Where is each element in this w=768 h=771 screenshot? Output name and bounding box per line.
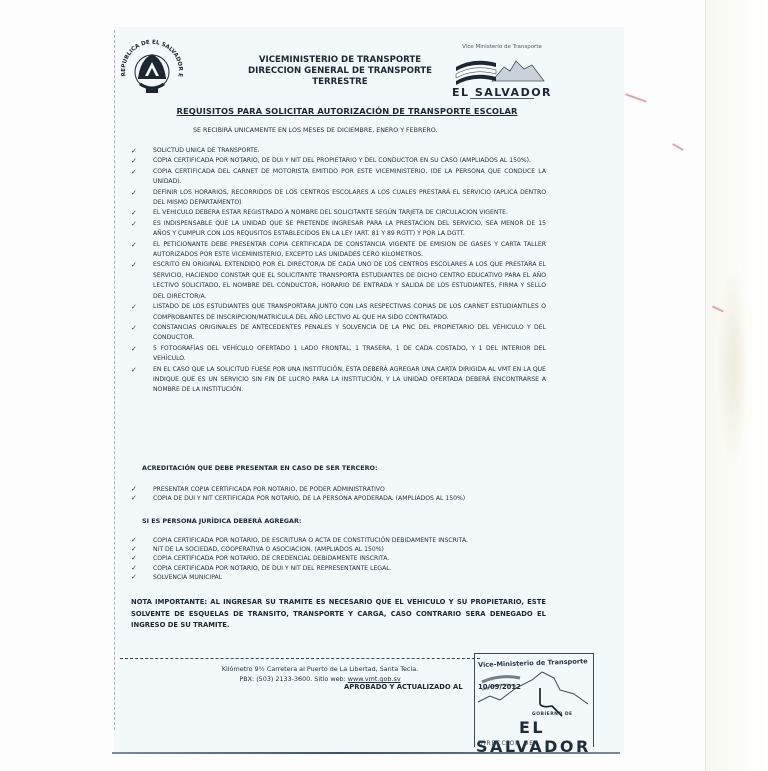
- check-icon: ✓: [131, 564, 137, 573]
- address-line: Kilómetro 9½ Carretera al Puerto de La L…: [170, 664, 470, 674]
- requirement-item: ✓COPIA DE DUI Y NIT CERTIFICADA POR NOTA…: [131, 494, 546, 503]
- third-party-heading: ACREDITACIÓN QUE DEBE PRESENTAR EN CASO …: [142, 464, 378, 472]
- coat-of-arms-icon: REPUBLICA DE EL SALVADOR EN LA AMERICA C…: [118, 34, 186, 106]
- requirement-item: ✓ES INDISPENSABLE QUE LA UNIDAD QUE SE P…: [131, 219, 546, 240]
- requirement-item: ✓ESCRITO EN ORIGINAL EXTENDIDO POR EL DI…: [131, 260, 546, 302]
- requirement-item: ✓COPIA CERTIFICADA DEL CARNET DE MOTORIS…: [131, 167, 546, 188]
- requirement-text: PRESENTAR COPIA CERTIFICADA POR NOTARIO,…: [153, 486, 385, 493]
- requirement-text: COPIA CERTIFICADA POR NOTARIO, DE CREDEN…: [153, 555, 389, 562]
- requirement-text: ESCRITO EN ORIGINAL EXTENDIDO POR EL DIR…: [153, 261, 546, 299]
- requirement-item: ✓PRESENTAR COPIA CERTIFICADA POR NOTARIO…: [131, 485, 546, 494]
- requirement-text: EN EL CASO QUE LA SOLICITUD FUESE POR UN…: [153, 366, 546, 394]
- requirement-text: CONSTANCIAS ORIGINALES DE ANTECEDENTES P…: [153, 324, 546, 341]
- check-icon: ✓: [131, 156, 137, 166]
- requirement-text: NIT DE LA SOCIEDAD, COOPERATIVA O ASOCIA…: [153, 546, 384, 553]
- requirement-text: COPIA DE DUI Y NIT CERTIFICADA POR NOTAR…: [153, 495, 465, 502]
- check-icon: ✓: [131, 365, 137, 375]
- requirement-item: ✓COPIA CERTIFICADA POR NOTARIO, DE DUI Y…: [131, 156, 546, 166]
- check-icon: ✓: [131, 494, 137, 503]
- vmt-logo-icon: [452, 55, 548, 89]
- paper-stain: [718, 260, 748, 470]
- requirement-text: COPIA CERTIFICADA POR NOTARIO, DE DUI Y …: [153, 157, 531, 164]
- requirement-item: ✓LISTADO DE LOS ESTUDIANTES QUE TRANSPOR…: [131, 302, 546, 323]
- check-icon: ✓: [131, 485, 137, 494]
- check-icon: ✓: [131, 188, 137, 198]
- footer-divider: [120, 658, 480, 659]
- approved-date: 10/09/2012: [478, 683, 521, 691]
- requirement-item: ✓DEFINIR LOS HORARIOS, RECORRIDOS DE LOS…: [131, 188, 546, 209]
- header-title-line: DIRECCION GENERAL DE TRANSPORTE: [235, 66, 445, 77]
- requirement-text: LISTADO DE LOS ESTUDIANTES QUE TRANSPORT…: [153, 303, 546, 320]
- website-link[interactable]: www.vmt.gob.sv: [348, 675, 401, 683]
- requirement-text: ES INDISPENSABLE QUE LA UNIDAD QUE SE PR…: [153, 220, 546, 237]
- approved-label: APROBADO Y ACTUALIZADO AL: [344, 683, 463, 691]
- check-icon: ✓: [131, 208, 137, 218]
- requirement-text: COPIA CERTIFICADA DEL CARNET DE MOTORIST…: [153, 168, 546, 185]
- requirement-item: ✓NIT DE LA SOCIEDAD, COOPERATIVA O ASOCI…: [131, 545, 546, 554]
- header-title: VICEMINISTERIO DE TRANSPORTE DIRECCION G…: [235, 55, 445, 88]
- third-party-list: ✓PRESENTAR COPIA CERTIFICADA POR NOTARIO…: [131, 485, 546, 503]
- document-title: REQUISITOS PARA SOLICITAR AUTORIZACIÓN D…: [167, 106, 527, 116]
- check-icon: ✓: [131, 573, 137, 582]
- important-note: NOTA IMPORTANTE: AL INGRESAR SU TRAMITE …: [131, 597, 546, 632]
- vmt-caption: Vice Ministerio de Transporte: [452, 44, 552, 50]
- requirement-item: ✓SOLICTUD UNICA DE TRANSPORTE.: [131, 146, 546, 156]
- check-icon: ✓: [131, 146, 137, 156]
- vmt-brand-underline: [470, 98, 534, 99]
- requirement-item: ✓COPIA CERTIFICADA POR NOTARIO, DE DUI Y…: [131, 564, 546, 573]
- requirement-text: COPIA CERTIFICADA POR NOTARIO, DE ESCRIT…: [153, 537, 468, 544]
- check-icon: ✓: [131, 554, 137, 563]
- footer-address: Kilómetro 9½ Carretera al Puerto de La L…: [170, 664, 470, 684]
- check-icon: ✓: [131, 240, 137, 250]
- requirement-text: 5 FOTOGRAFÍAS DEL VEHÍCULO OFERTADO 1 LA…: [153, 345, 546, 362]
- requirement-text: SOLVENCIA MUNICIPAL: [153, 574, 222, 581]
- requirement-item: ✓CONSTANCIAS ORIGINALES DE ANTECEDENTES …: [131, 323, 546, 344]
- requirement-item: ✓EN EL CASO QUE LA SOLICITUD FUESE POR U…: [131, 365, 546, 396]
- check-icon: ✓: [131, 167, 137, 177]
- requirement-text: COPIA CERTIFICADA POR NOTARIO, DE DUI Y …: [153, 565, 392, 572]
- header-title-line: VICEMINISTERIO DE TRANSPORTE: [235, 55, 445, 66]
- legal-entity-heading: SI ES PERSONA JURÍDICA DEBERÁ AGREGAR:: [142, 517, 301, 525]
- requirement-item: ✓5 FOTOGRAFÍAS DEL VEHÍCULO OFERTADO 1 L…: [131, 344, 546, 365]
- stamp-gobierno: GOBIERNO DE: [532, 712, 573, 717]
- check-icon: ✓: [131, 344, 137, 354]
- check-icon: ✓: [131, 536, 137, 545]
- requirement-item: ✓EL PETICIONANTE DEBE PRESENTAR COPIA CE…: [131, 240, 546, 261]
- legal-entity-list: ✓COPIA CERTIFICADA POR NOTARIO, DE ESCRI…: [131, 536, 546, 582]
- requirement-item: ✓SOLVENCIA MUNICIPAL: [131, 573, 546, 582]
- requirement-text: EL VEHICULO DEBERA ESTAR REGISTRADO A NO…: [153, 209, 508, 216]
- check-icon: ✓: [131, 260, 137, 270]
- stamp-footer: DIRECCION DE: [478, 740, 534, 747]
- requirements-list: ✓SOLICTUD UNICA DE TRANSPORTE.✓COPIA CER…: [131, 146, 546, 396]
- requirement-text: SOLICTUD UNICA DE TRANSPORTE.: [153, 147, 260, 154]
- phone-text: PBX: (503) 2133-3600. Sitio web:: [239, 675, 347, 683]
- requirement-text: DEFINIR LOS HORARIOS, RECORRIDOS DE LOS …: [153, 189, 546, 206]
- check-icon: ✓: [131, 302, 137, 312]
- reception-note: SE RECIBIRÁ UNICAMENTE EN LOS MESES DE D…: [193, 127, 437, 134]
- requirement-item: ✓EL VEHICULO DEBERA ESTAR REGISTRADO A N…: [131, 208, 546, 218]
- check-icon: ✓: [131, 545, 137, 554]
- requirement-text: EL PETICIONANTE DEBE PRESENTAR COPIA CER…: [153, 241, 546, 258]
- check-icon: ✓: [131, 323, 137, 333]
- requirement-item: ✓COPIA CERTIFICADA POR NOTARIO, DE ESCRI…: [131, 536, 546, 545]
- check-icon: ✓: [131, 219, 137, 229]
- requirement-item: ✓COPIA CERTIFICADA POR NOTARIO, DE CREDE…: [131, 554, 546, 563]
- header-title-line: TERRESTRE: [235, 77, 445, 88]
- page-bottom-edge: [112, 752, 620, 754]
- stamp-brand: EL SALVADOR: [476, 718, 588, 756]
- page-left-edge: [114, 30, 116, 730]
